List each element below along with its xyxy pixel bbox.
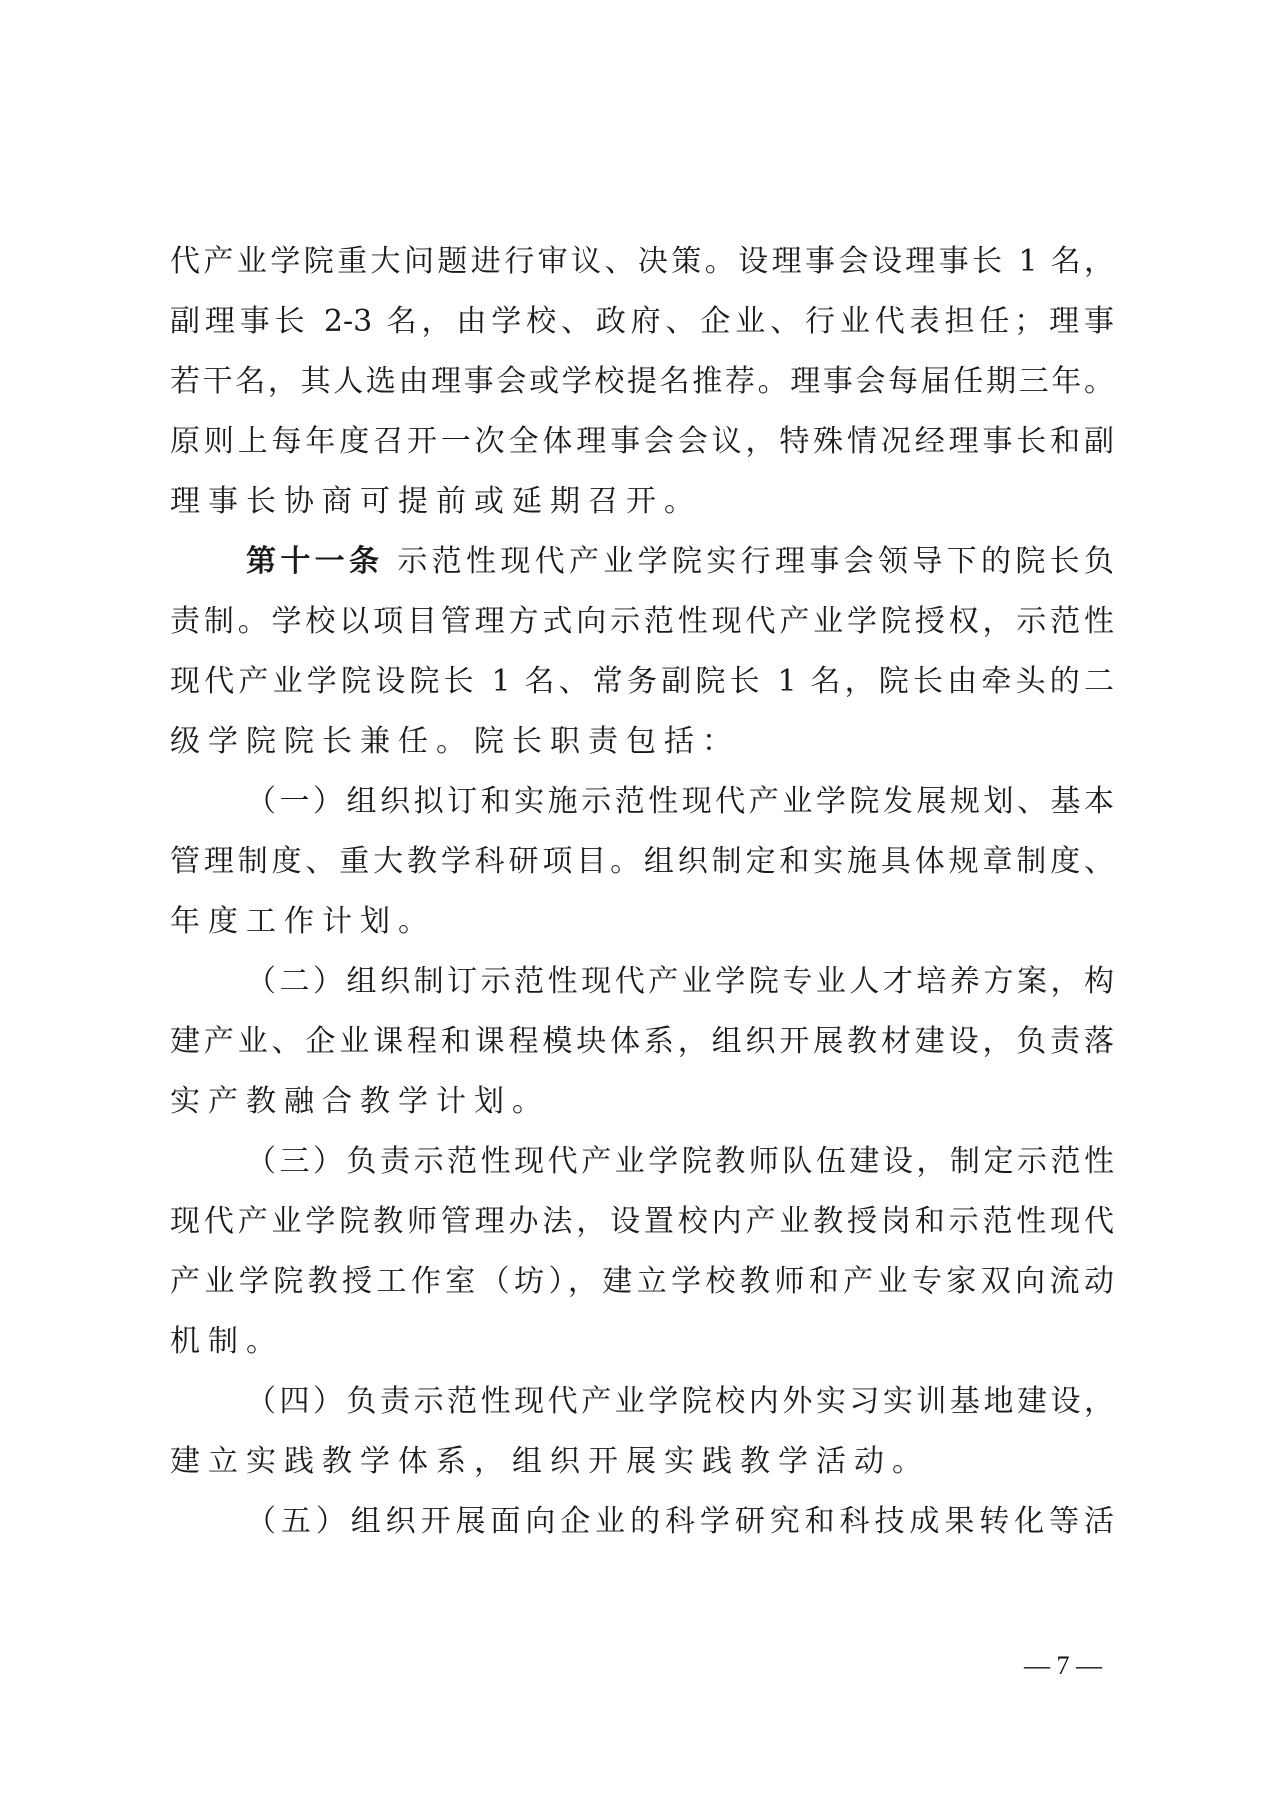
text-line: 现代产业学院设院长 1 名、常务副院长 1 名，院长由牵头的二 — [170, 652, 1114, 712]
text-line: （四）负责示范性现代产业学院校内外实习实训基地建设， — [170, 1372, 1114, 1432]
text-line: （五）组织开展面向企业的科学研究和科技成果转化等活 — [170, 1492, 1114, 1552]
paragraph-continued: 代产业学院重大问题进行审议、决策。设理事会设理事长 1 名， 副理事长 2-3 … — [170, 232, 1114, 532]
paragraph-item-2: （二）组织制订示范性现代产业学院专业人才培养方案，构 建产业、企业课程和课程模块… — [170, 952, 1114, 1132]
text-line: 建立实践教学体系，组织开展实践教学活动。 — [170, 1432, 1114, 1492]
paragraph-item-4: （四）负责示范性现代产业学院校内外实习实训基地建设， 建立实践教学体系，组织开展… — [170, 1372, 1114, 1492]
text-line: 机制。 — [170, 1312, 1114, 1372]
text-line: 年度工作计划。 — [170, 892, 1114, 952]
text-line: 产业学院教授工作室（坊），建立学校教师和产业专家双向流动 — [170, 1252, 1114, 1312]
text-line: 现代产业学院教师管理办法，设置校内产业教授岗和示范性现代 — [170, 1192, 1114, 1252]
text-line: （二）组织制订示范性现代产业学院专业人才培养方案，构 — [170, 952, 1114, 1012]
text-line: 若干名，其人选由理事会或学校提名推荐。理事会每届任期三年。 — [170, 352, 1114, 412]
text-line: 实产教融合教学计划。 — [170, 1072, 1114, 1132]
page-number: — 7 — — [1010, 1648, 1116, 1684]
text-line: 理事长协商可提前或延期召开。 — [170, 472, 1114, 532]
paragraph-item-1: （一）组织拟订和实施示范性现代产业学院发展规划、基本 管理制度、重大教学科研项目… — [170, 772, 1114, 952]
text-line: 第十一条示范性现代产业学院实行理事会领导下的院长负 — [170, 532, 1114, 592]
paragraph-item-5: （五）组织开展面向企业的科学研究和科技成果转化等活 — [170, 1492, 1114, 1552]
text-line: 管理制度、重大教学科研项目。组织制定和实施具体规章制度、 — [170, 832, 1114, 892]
article-heading: 第十一条 — [246, 544, 383, 579]
text-line: 级学院院长兼任。院长职责包括： — [170, 712, 1114, 772]
text-line: 建产业、企业课程和课程模块体系，组织开展教材建设，负责落 — [170, 1012, 1114, 1072]
text-line: 原则上每年度召开一次全体理事会会议，特殊情况经理事长和副 — [170, 412, 1114, 472]
article-text: 示范性现代产业学院实行理事会领导下的院长负 — [397, 544, 1114, 579]
text-line: （三）负责示范性现代产业学院教师队伍建设，制定示范性 — [170, 1132, 1114, 1192]
text-line: 副理事长 2-3 名，由学校、政府、企业、行业代表担任；理事 — [170, 292, 1114, 352]
text-line: （一）组织拟订和实施示范性现代产业学院发展规划、基本 — [170, 772, 1114, 832]
text-line: 代产业学院重大问题进行审议、决策。设理事会设理事长 1 名， — [170, 232, 1114, 292]
paragraph-item-3: （三）负责示范性现代产业学院教师队伍建设，制定示范性 现代产业学院教师管理办法，… — [170, 1132, 1114, 1372]
paragraph-article-11: 第十一条示范性现代产业学院实行理事会领导下的院长负 责制。学校以项目管理方式向示… — [170, 532, 1114, 772]
text-line: 责制。学校以项目管理方式向示范性现代产业学院授权，示范性 — [170, 592, 1114, 652]
document-body: 代产业学院重大问题进行审议、决策。设理事会设理事长 1 名， 副理事长 2-3 … — [170, 232, 1114, 1552]
